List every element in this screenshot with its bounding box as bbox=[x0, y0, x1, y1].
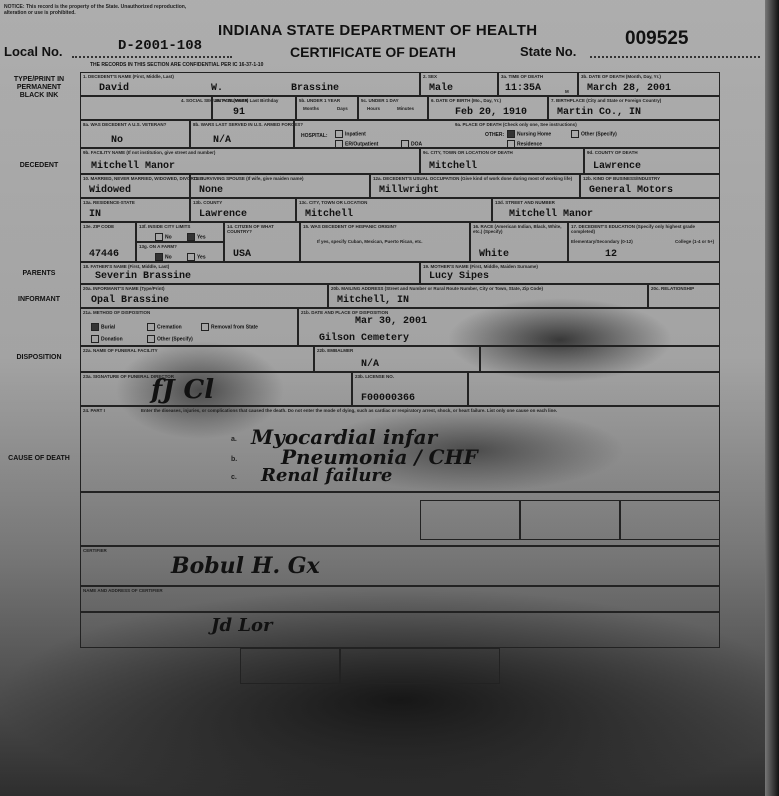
field-race[interactable]: 16. RACE (American Indian, Black, White,… bbox=[470, 222, 568, 262]
field-on-farm[interactable]: 13g. ON A FARM? No Yes bbox=[136, 242, 224, 262]
field-date-of-death[interactable]: 3b. DATE OF DEATH (Month, Day, Yr.) Marc… bbox=[578, 72, 720, 96]
field-residence-state[interactable]: 13a. RESIDENCE-STATE IN bbox=[80, 198, 190, 222]
field-funeral-home-address bbox=[468, 372, 720, 406]
field-registrar-date bbox=[240, 648, 340, 684]
field-license-no[interactable]: 23b. LICENSE NO. F00000366 bbox=[352, 372, 468, 406]
field-medical-examiner bbox=[620, 500, 720, 540]
field-war-served[interactable]: 8b. WARS LAST SERVED IN U.S. ARMED FORCE… bbox=[190, 120, 294, 148]
field-autopsy bbox=[420, 500, 520, 540]
field-cause-of-death[interactable]: 24. PART I Enter the diseases, injuries,… bbox=[80, 406, 720, 492]
side-label-type-print: TYPE/PRINT IN PERMANENT BLACK INK bbox=[4, 76, 74, 100]
field-registrar: Jd Lor bbox=[80, 612, 720, 648]
funeral-director-signature-ink: fJ Cl bbox=[151, 375, 214, 405]
local-number-value: D-2001-108 bbox=[118, 38, 202, 54]
checkbox-burial[interactable]: Burial bbox=[91, 323, 115, 331]
field-education[interactable]: 17. DECEDENT'S EDUCATION (Specify only h… bbox=[568, 222, 720, 262]
field-funeral-facility[interactable]: 22a. NAME OF FUNERAL FACILITY bbox=[80, 346, 314, 372]
field-time-of-death[interactable]: 3a. TIME OF DEATH 11:35A M bbox=[498, 72, 578, 96]
field-citizen-of[interactable]: 14. CITIZEN OF WHAT COUNTRY? USA bbox=[224, 222, 300, 262]
registrar-signature-ink: Jd Lor bbox=[211, 615, 273, 636]
field-father[interactable]: 18. FATHER'S NAME (First, Middle, Last) … bbox=[80, 262, 420, 284]
checkbox-residence[interactable]: Residence bbox=[507, 140, 542, 148]
field-city-of-death[interactable]: 9c. CITY, TOWN OR LOCATION OF DEATH Mitc… bbox=[420, 148, 584, 174]
death-certificate: NOTICE: This record is the property of t… bbox=[0, 0, 779, 796]
field-marital-status[interactable]: 10. MARRIED, NEVER MARRIED, WIDOWED, DIV… bbox=[80, 174, 190, 198]
field-certifier-address[interactable]: NAME AND ADDRESS OF CERTIFIER bbox=[80, 586, 720, 612]
field-disposition-date-place[interactable]: 21b. DATE AND PLACE OF DISPOSITION Mar 3… bbox=[298, 308, 720, 346]
field-sex[interactable]: 2. SEX Male bbox=[420, 72, 498, 96]
checkbox-other[interactable]: Other (Specify) bbox=[571, 130, 617, 138]
field-registrar-extra bbox=[340, 648, 500, 684]
field-residence-city[interactable]: 13c. CITY, TOWN OR LOCATION Mitchell bbox=[296, 198, 492, 222]
field-relationship[interactable]: 20c. RELATIONSHIP bbox=[648, 284, 720, 308]
field-ssn[interactable]: 4. SOCIAL SECURITY NUMBER bbox=[80, 96, 212, 120]
state-number-label: State No. bbox=[520, 44, 576, 59]
field-name[interactable]: 1. DECEDENT'S NAME (First, Middle, Last)… bbox=[80, 72, 420, 96]
field-under-1-year[interactable]: 5b. UNDER 1 YEAR Months Days bbox=[296, 96, 358, 120]
side-label-disposition: DISPOSITION bbox=[4, 354, 74, 362]
middle-name: W. bbox=[211, 83, 223, 94]
field-veteran[interactable]: 8a. WAS DECEDENT A U.S. VETERAN? No bbox=[80, 120, 190, 148]
field-disposition-method[interactable]: 21a. METHOD OF DISPOSITION Burial Cremat… bbox=[80, 308, 298, 346]
field-informant-address[interactable]: 20b. MAILING ADDRESS (Street and Number … bbox=[328, 284, 648, 308]
field-place-of-death[interactable]: 9a. PLACE OF DEATH (Check only one, See … bbox=[294, 120, 720, 148]
field-spouse[interactable]: 11. SURVIVING SPOUSE (If wife, give maid… bbox=[190, 174, 370, 198]
cause-handwriting-line-3: Renal failure bbox=[261, 465, 392, 486]
certificate-title: CERTIFICATE OF DEATH bbox=[290, 44, 456, 60]
field-funeral-extra bbox=[480, 346, 720, 372]
field-hispanic-origin[interactable]: 15. WAS DECEDENT OF HISPANIC ORIGIN? If … bbox=[300, 222, 470, 262]
field-informant-name[interactable]: 20a. INFORMANT'S NAME (Type/Print) Opal … bbox=[80, 284, 328, 308]
field-industry[interactable]: 12b. KIND OF BUSINESS/INDUSTRY General M… bbox=[580, 174, 720, 198]
checkbox-er-outpatient[interactable]: ER/Outpatient bbox=[335, 140, 378, 148]
field-birthplace[interactable]: 7. BIRTHPLACE (City and State or Foreign… bbox=[548, 96, 720, 120]
local-number-line bbox=[72, 56, 232, 58]
certifier-signature-ink: Bobul H. Gx bbox=[171, 553, 320, 579]
side-label-informant: INFORMANT bbox=[4, 296, 74, 304]
field-county-of-death[interactable]: 9d. COUNTY OF DEATH Lawrence bbox=[584, 148, 720, 174]
checkbox-other-disposition[interactable]: Other (Specify) bbox=[147, 335, 193, 343]
checkbox-donation[interactable]: Donation bbox=[91, 335, 123, 343]
side-label-parents: PARENTS bbox=[4, 270, 74, 278]
first-name: David bbox=[99, 83, 129, 94]
state-number-value: 009525 bbox=[625, 28, 688, 50]
checkbox-removal[interactable]: Removal from State bbox=[201, 323, 258, 331]
field-inside-city-limits[interactable]: 13f. INSIDE CITY LIMITS No Yes bbox=[136, 222, 224, 242]
field-street[interactable]: 13d. STREET AND NUMBER Mitchell Manor bbox=[492, 198, 720, 222]
field-certifier[interactable]: CERTIFIER Bobul H. Gx bbox=[80, 546, 720, 586]
field-date-of-birth[interactable]: 6. DATE OF BIRTH (Mo., Day, Yr.) Feb 20,… bbox=[428, 96, 548, 120]
field-facility-name[interactable]: 9b. FACILITY NAME (If not institution, g… bbox=[80, 148, 420, 174]
local-number-label: Local No. bbox=[4, 44, 63, 59]
last-name: Brassine bbox=[291, 83, 339, 94]
checkbox-doa[interactable]: DOA bbox=[401, 140, 422, 148]
side-label-decedent: DECEDENT bbox=[4, 162, 74, 170]
side-label-cause: CAUSE OF DEATH bbox=[4, 455, 74, 463]
header-notice: NOTICE: This record is the property of t… bbox=[4, 4, 204, 16]
field-autopsy-findings bbox=[520, 500, 620, 540]
field-under-1-day[interactable]: 5c. UNDER 1 DAY Hours Minutes bbox=[358, 96, 428, 120]
field-occupation[interactable]: 12a. DECEDENT'S USUAL OCCUPATION (Give k… bbox=[370, 174, 580, 198]
field-embalmer[interactable]: 22b. EMBALMER N/A bbox=[314, 346, 480, 372]
department-title: INDIANA STATE DEPARTMENT OF HEALTH bbox=[218, 22, 537, 39]
field-zip[interactable]: 13e. ZIP CODE 47446 bbox=[80, 222, 136, 262]
field-funeral-director-signature[interactable]: 23a. SIGNATURE OF FUNERAL DIRECTOR fJ Cl bbox=[80, 372, 352, 406]
field-residence-county[interactable]: 13b. COUNTY Lawrence bbox=[190, 198, 296, 222]
field-mother[interactable]: 19. MOTHER'S NAME (First, Middle, Maiden… bbox=[420, 262, 720, 284]
confidential-note: THE RECORDS IN THIS SECTION ARE CONFIDEN… bbox=[90, 62, 263, 68]
checkbox-inpatient[interactable]: Inpatient bbox=[335, 130, 366, 138]
scan-edge bbox=[765, 0, 779, 796]
checkbox-nursing-home[interactable]: Nursing Home bbox=[507, 130, 551, 138]
state-number-line bbox=[590, 56, 760, 58]
checkbox-cremation[interactable]: Cremation bbox=[147, 323, 182, 331]
field-age[interactable]: 5a. AGE (Years) Last Birthday 91 bbox=[212, 96, 296, 120]
